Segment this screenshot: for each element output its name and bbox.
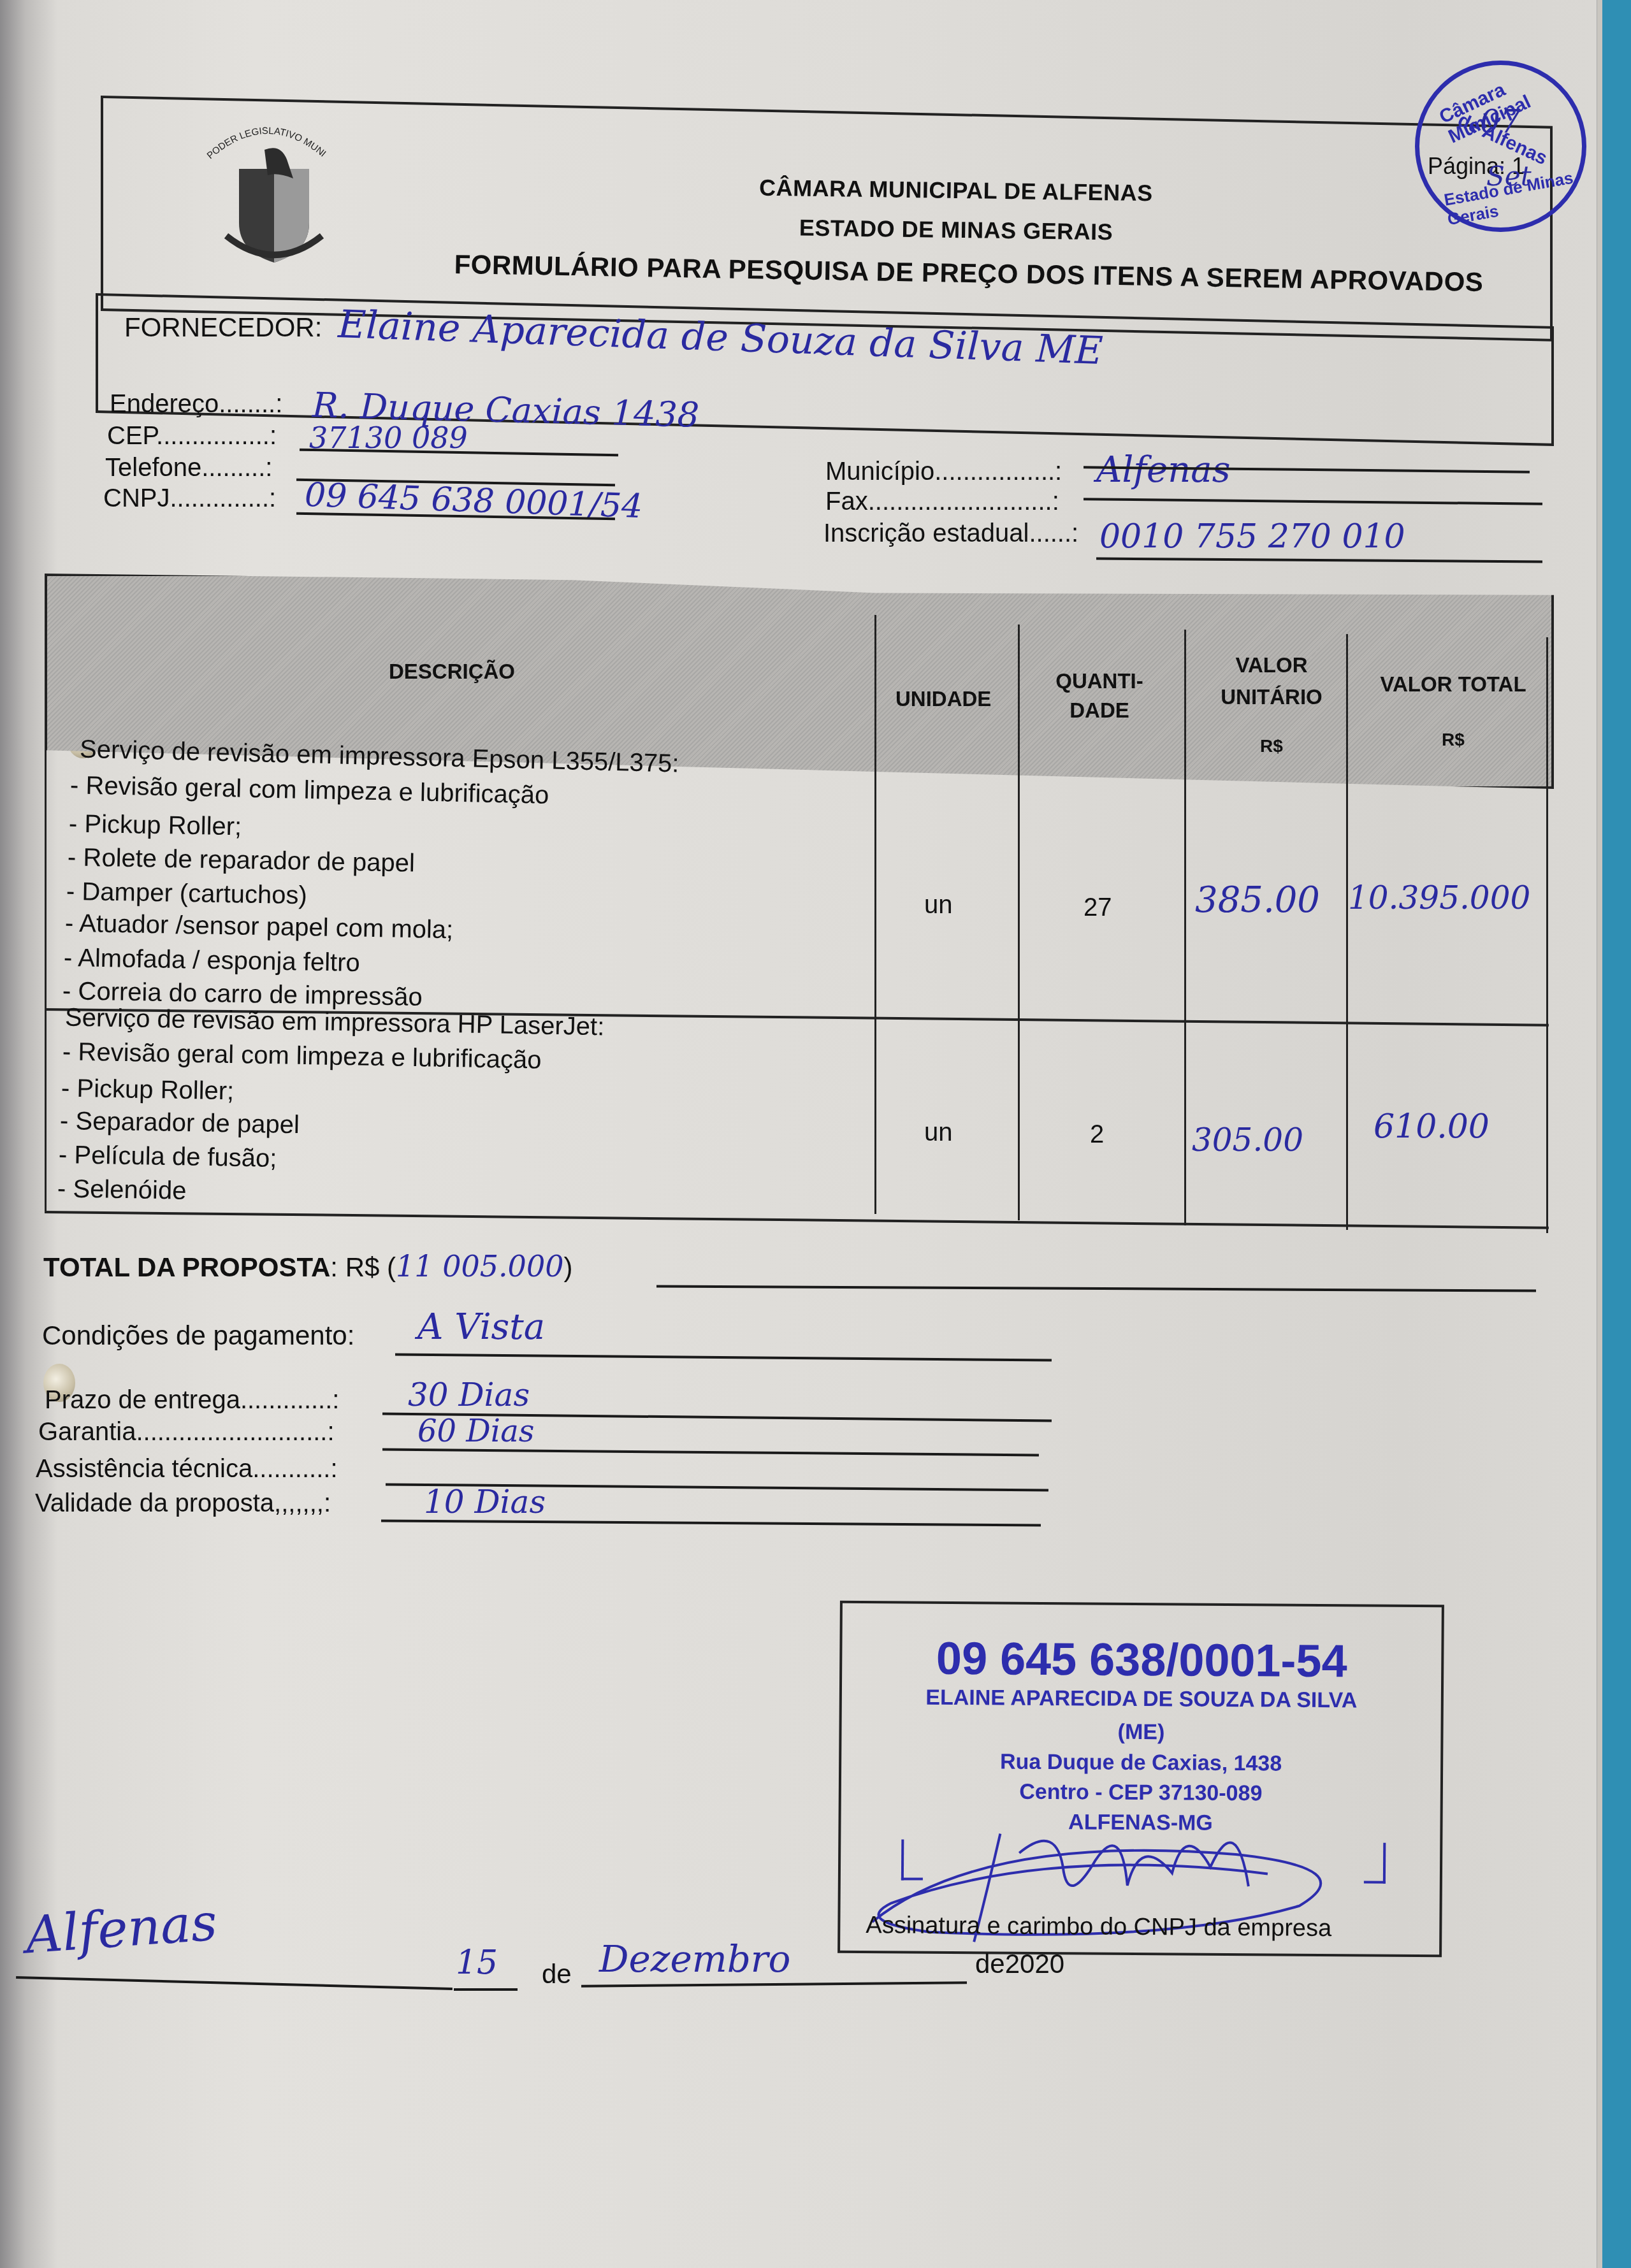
column-divider <box>1346 634 1348 1230</box>
row2-unidade: un <box>924 1118 953 1147</box>
header-quantidade-line1: QUANTI- <box>1052 669 1147 693</box>
row-divider <box>45 1211 1549 1229</box>
header-valor-unitario-line1: VALOR <box>1208 653 1335 677</box>
column-divider <box>1184 630 1186 1225</box>
row1-valor-total[interactable]: 10.395.000 <box>1348 879 1530 916</box>
row1-description-line: - Pickup Roller; <box>69 810 242 842</box>
row2-description-line: - Pickup Roller; <box>61 1074 235 1106</box>
date-de-1: de <box>542 1959 572 1990</box>
garantia-field[interactable]: 60 Dias <box>417 1413 534 1449</box>
total-proposta: TOTAL DA PROPOSTA: R$ (11 005.000) <box>43 1249 572 1283</box>
total-label: TOTAL DA PROPOSTA <box>43 1252 330 1282</box>
row2-description-line: - Separador de papel <box>60 1107 300 1140</box>
stamp-company-type: (ME) <box>841 1718 1440 1747</box>
total-prefix: : R$ ( <box>330 1252 396 1282</box>
header-quantidade-line2: DADE <box>1052 698 1147 723</box>
protocol-stamp: Câmara Municipal 07 de Alfenas Set Estad… <box>1415 61 1586 232</box>
telefone-label: Telefone.........: <box>105 454 272 482</box>
fornecedor-label: FORNECEDOR: <box>124 312 322 343</box>
date-day-field[interactable]: 15 <box>456 1944 498 1982</box>
coat-of-arms-icon: PODER LEGISLATIVO MUNICIPAL <box>198 115 338 268</box>
stamp-cnpj: 09 645 638/0001-54 <box>842 1632 1442 1689</box>
row1-quantidade: 27 <box>1084 893 1112 922</box>
header-valor-total-label: VALOR TOTAL <box>1364 672 1542 697</box>
assistencia-label: Assistência técnica...........: <box>36 1455 338 1484</box>
header-descricao: DESCRIÇÃO <box>389 660 515 684</box>
prazo-field[interactable]: 30 Dias <box>408 1376 530 1413</box>
inscricao-field[interactable]: 0010 755 270 010 <box>1099 517 1405 556</box>
pagamento-label: Condições de pagamento: <box>42 1320 354 1351</box>
stamp-address: Rua Duque de Caxias, 1438 <box>841 1749 1440 1778</box>
validade-label: Validade da proposta,,,,,,,: <box>35 1489 331 1518</box>
prazo-label: Prazo de entrega.............: <box>45 1386 339 1415</box>
validade-field[interactable]: 10 Dias <box>424 1484 546 1520</box>
row1-description-line: - Almofada / esponja feltro <box>64 944 360 978</box>
row1-description-line: - Atuador /sensor papel com mola; <box>65 909 454 945</box>
date-day-underline <box>454 1988 518 1991</box>
header-unidade: UNIDADE <box>895 687 991 711</box>
row2-quantidade: 2 <box>1090 1120 1104 1149</box>
inscricao-label: Inscrição estadual......: <box>823 519 1078 548</box>
row2-description-line: - Película de fusão; <box>59 1141 277 1173</box>
date-year: 2020 <box>1005 1949 1064 1979</box>
row2-description-line: - Selenóide <box>57 1174 187 1206</box>
header-valor-unitario: VALOR UNITÁRIO R$ <box>1208 653 1335 756</box>
background-surface <box>1602 0 1631 2268</box>
total-value[interactable]: 11 005.000 <box>396 1249 563 1283</box>
date-month-field[interactable]: Dezembro <box>599 1937 790 1981</box>
municipio-field[interactable]: Alfenas <box>1096 449 1230 491</box>
total-suffix: ) <box>563 1252 572 1282</box>
garantia-label: Garantia...........................: <box>38 1418 335 1447</box>
pagamento-field[interactable]: A Vista <box>417 1306 545 1348</box>
municipio-label: Município.................: <box>825 458 1062 486</box>
header-valor-unitario-currency: R$ <box>1208 736 1335 756</box>
row1-description-line: - Rolete de reparador de papel <box>68 843 416 878</box>
items-table: DESCRIÇÃO UNIDADE QUANTI- DADE VALOR UNI… <box>45 574 1549 1243</box>
stamp-company-name: ELAINE APARECIDA DE SOUZA DA SILVA <box>842 1685 1441 1714</box>
row2-description-title: Serviço de revisão em impressora HP Lase… <box>65 1004 605 1042</box>
row2-description-line: - Revisão geral com limpeza e lubrificaç… <box>62 1037 542 1074</box>
header-quantidade: QUANTI- DADE <box>1052 669 1147 723</box>
row1-description-line: - Revisão geral com limpeza e lubrificaç… <box>70 771 549 810</box>
column-divider <box>45 574 47 1211</box>
column-divider <box>1546 637 1548 1233</box>
cnpj-label: CNPJ..............: <box>103 484 276 513</box>
row1-unidade: un <box>924 891 953 920</box>
header-valor-total-currency: R$ <box>1364 730 1542 750</box>
signature-caption: Assinatura e carimbo do CNPJ da empresa <box>866 1912 1331 1942</box>
cep-label: CEP................: <box>107 422 277 451</box>
header-valor-total: VALOR TOTAL R$ <box>1364 672 1542 750</box>
row1-valor-unitario[interactable]: 385.00 <box>1195 879 1320 921</box>
date-de-2: de2020 <box>975 1949 1064 1979</box>
row2-valor-unitario[interactable]: 305.00 <box>1192 1122 1303 1159</box>
column-divider <box>1018 625 1020 1220</box>
endereco-label: Endereço........: <box>110 390 282 419</box>
fax-label: Fax..........................: <box>825 488 1059 516</box>
svg-text:PODER LEGISLATIVO MUNICIPAL: PODER LEGISLATIVO MUNICIPAL <box>198 115 328 161</box>
header-valor-unitario-line2: UNITÁRIO <box>1208 685 1335 709</box>
date-de-2-text: de <box>975 1949 1005 1979</box>
company-stamp-box: 09 645 638/0001-54 ELAINE APARECIDA DE S… <box>837 1601 1444 1958</box>
row1-description-line: - Damper (cartuchos) <box>66 878 308 911</box>
row2-valor-total[interactable]: 610.00 <box>1374 1108 1490 1146</box>
column-divider <box>874 615 876 1214</box>
page-stack-edge <box>1597 0 1602 2268</box>
